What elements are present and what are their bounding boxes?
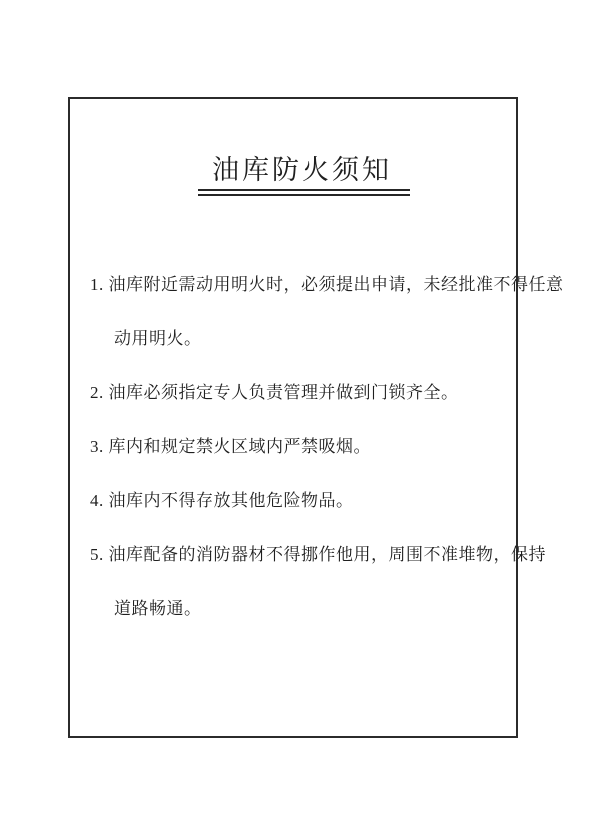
- title-double-underline: [198, 189, 410, 196]
- notice-body: 1. 油库附近需动用明火时，必须提出申请，未经批准不得任意 动用明火。 2. 油…: [90, 258, 516, 636]
- notice-border-frame: 油库防火须知 1. 油库附近需动用明火时，必须提出申请，未经批准不得任意 动用明…: [68, 97, 518, 738]
- notice-line-4: 4. 油库内不得存放其他危险物品。: [90, 474, 516, 528]
- notice-line-5: 5. 油库配备的消防器材不得挪作他用，周围不准堆物，保持: [90, 528, 516, 582]
- notice-line-3: 3. 库内和规定禁火区域内严禁吸烟。: [90, 420, 516, 474]
- notice-line-1-wrap: 动用明火。: [90, 312, 516, 366]
- notice-line-1: 1. 油库附近需动用明火时，必须提出申请，未经批准不得任意: [90, 258, 516, 312]
- notice-line-5-wrap: 道路畅通。: [90, 582, 516, 636]
- notice-page: 油库防火须知 1. 油库附近需动用明火时，必须提出申请，未经批准不得任意 动用明…: [0, 0, 590, 835]
- notice-line-2: 2. 油库必须指定专人负责管理并做到门锁齐全。: [90, 366, 516, 420]
- notice-title: 油库防火须知: [79, 156, 525, 186]
